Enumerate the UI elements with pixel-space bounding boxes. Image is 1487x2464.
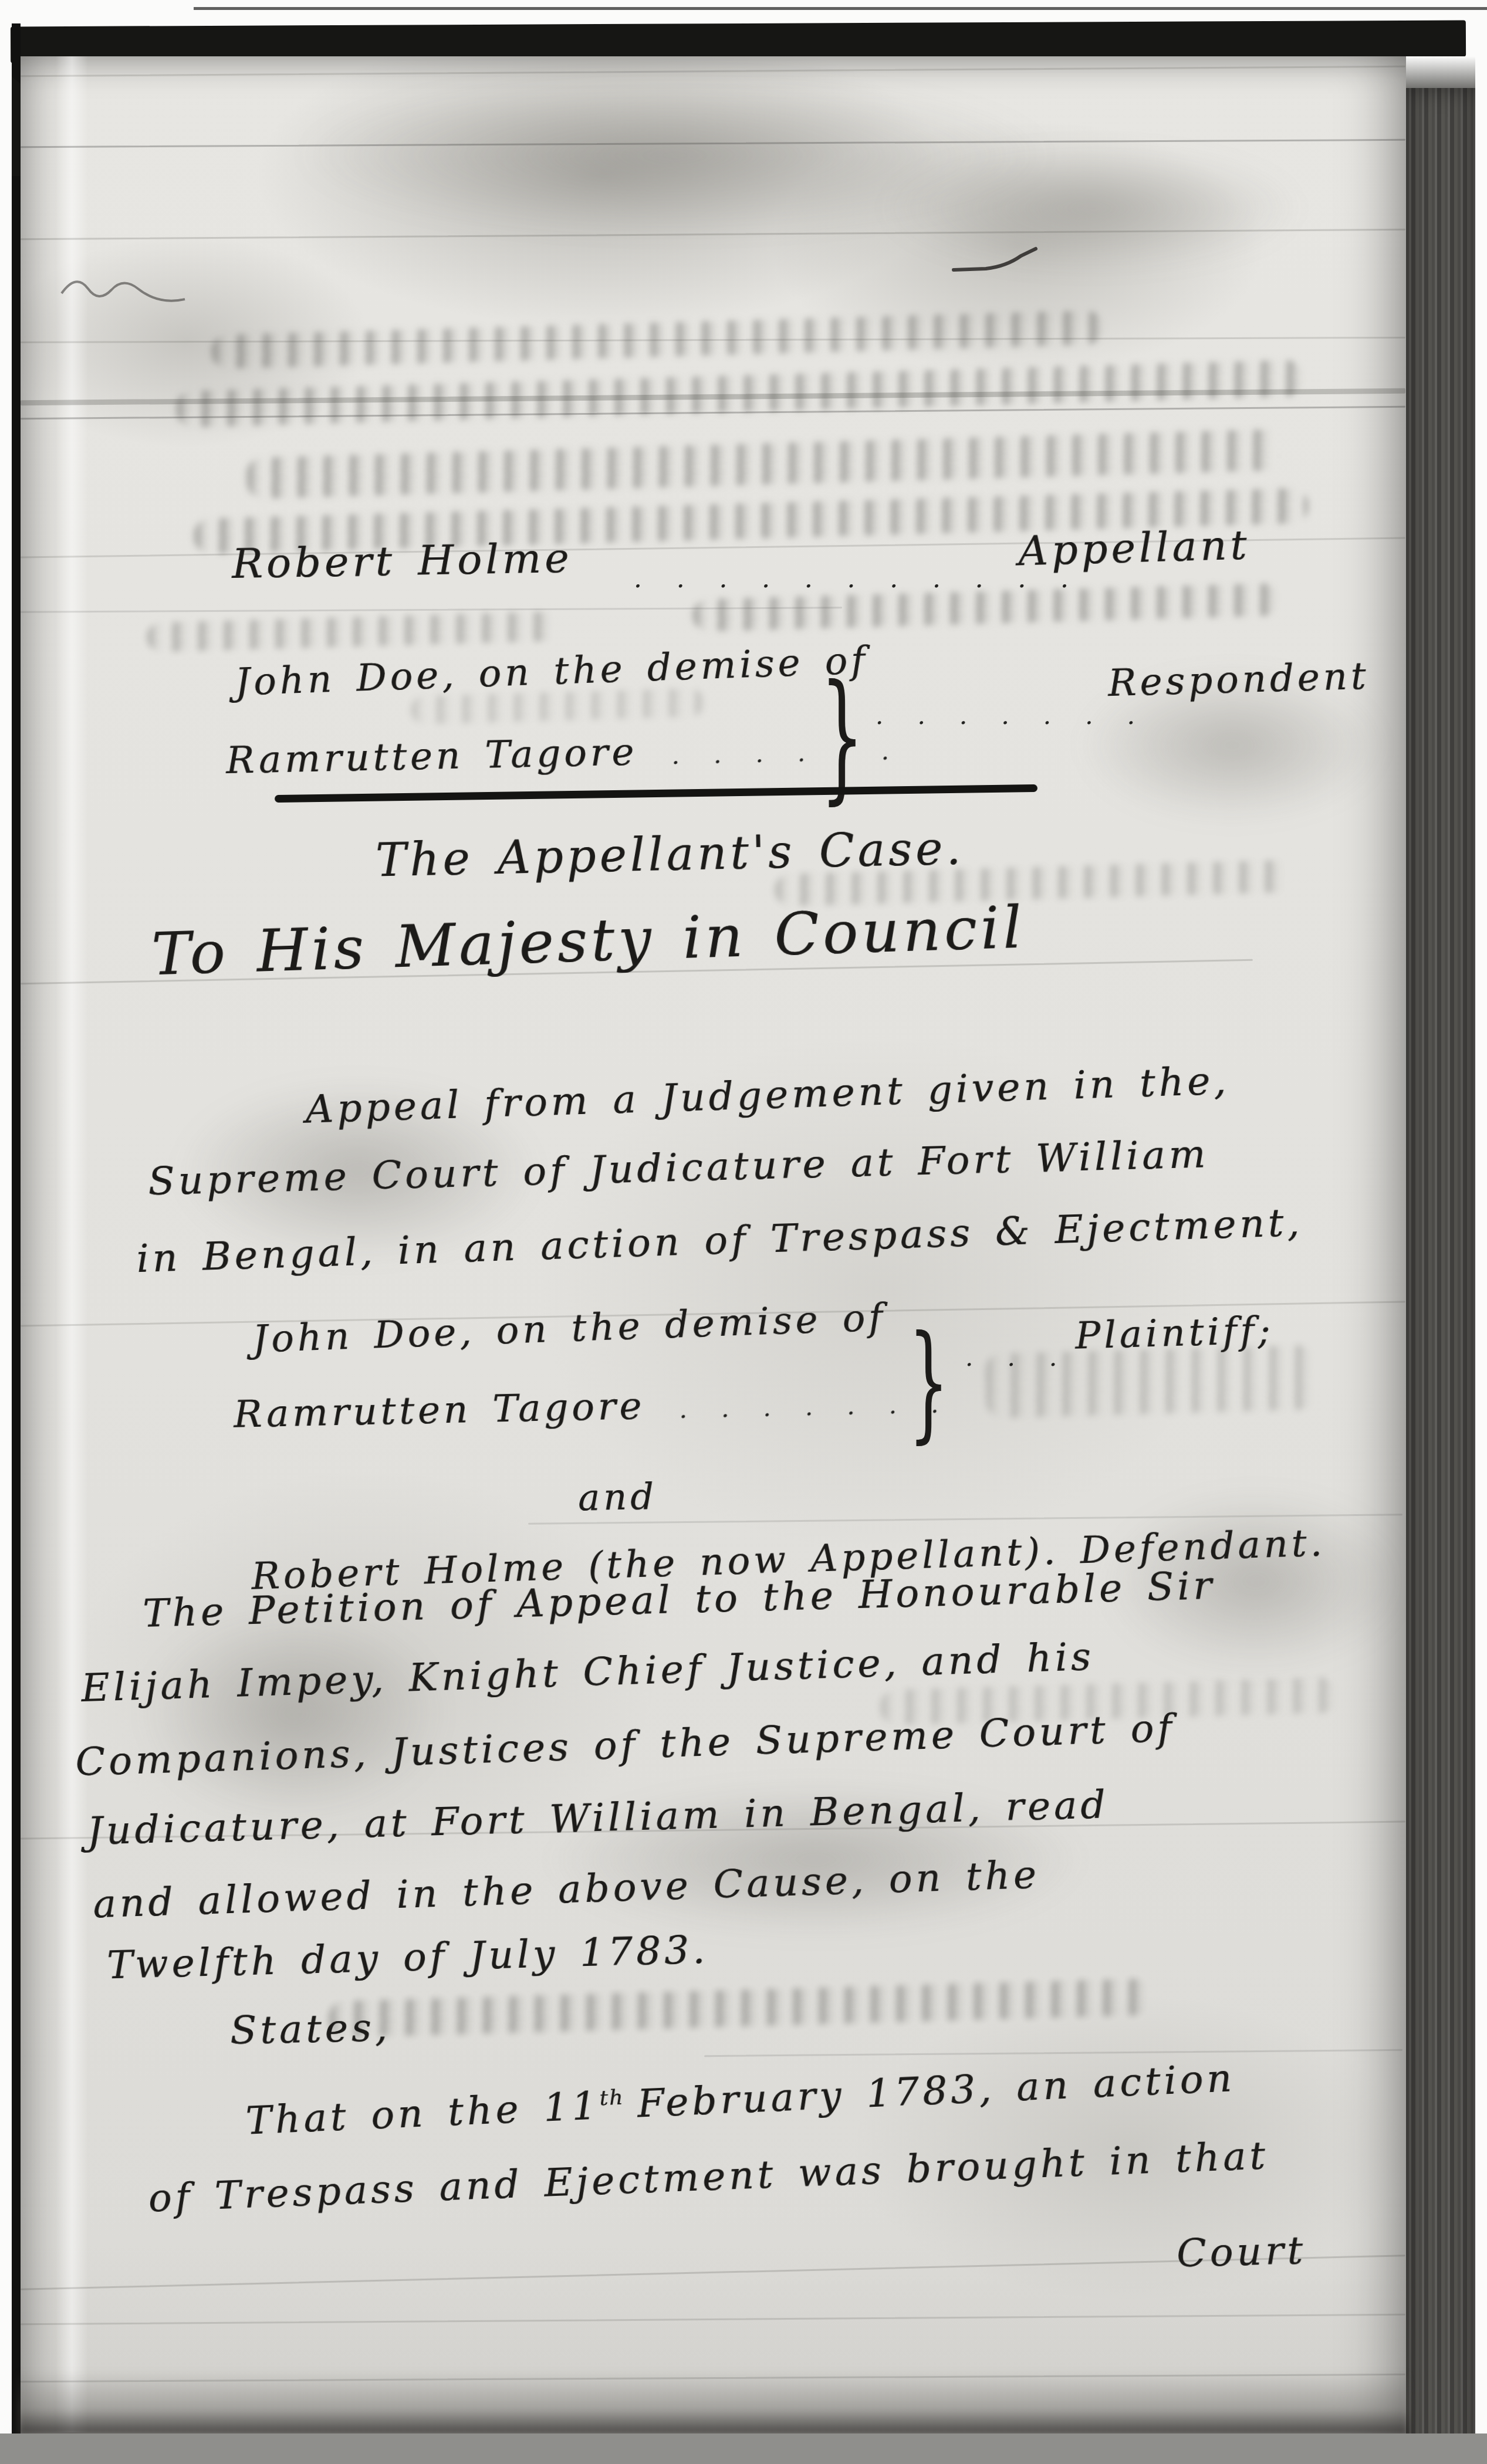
appellant-role-label: Appellant [1018,520,1251,575]
plaintiff-name2-text: Ramrutten Tagore [233,1385,645,1437]
ordinal-superscript: th [599,2084,624,2111]
ink-squiggle-top-left [59,267,188,320]
paper-fold-highlight [56,56,88,2432]
ink-flourish-top-right [951,243,1039,279]
appellant-dotted-leader: . . . . . . . . . . . [634,564,1079,593]
ink-stain [880,147,1303,270]
page-bottom-shadow [18,2370,1408,2436]
manuscript-scan-page: Robert Holme . . . . . . . . . . . Appel… [0,0,1487,2464]
respondent-role-label: Respondent [1107,655,1370,705]
respondent-name2-leader: . . . . . . [671,738,900,770]
book-binding-edge [1406,88,1475,2464]
plaintiff-role-label: Plaintiff; [1074,1309,1274,1358]
appellant-name: Robert Holme [231,534,573,588]
catchword: Court [1176,2228,1307,2276]
scan-top-hairline [194,7,1487,10]
plaintiff-dotted-leader: . . . [965,1345,1067,1372]
conjunction-and: and [577,1475,657,1519]
respondent-dotted-leader: . . . . . . . [876,703,1145,730]
states-heading: States, [229,2005,391,2053]
plaintiff-name2-leader: . . . . . . . [679,1391,949,1424]
respondent-name2-text: Ramrutten Tagore [225,730,637,783]
ink-stain [141,1607,446,1819]
scanbed-strip [0,2433,1487,2464]
page-left-edge [12,23,21,2441]
